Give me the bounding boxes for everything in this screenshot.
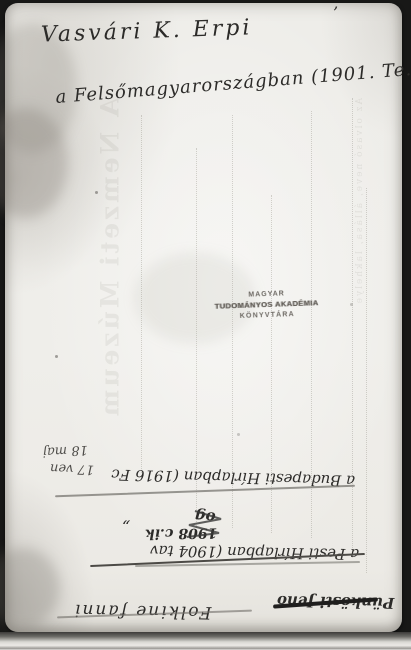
bleedthrough-right-text: Az olvasó neve, állása, lakhelye xyxy=(355,98,365,388)
bleedthrough-dotted-line xyxy=(141,115,142,473)
scan-bottom-edge xyxy=(0,632,411,650)
inverted-date-note-line1: 18 maj xyxy=(43,442,89,459)
inverted-quote-mark: „ xyxy=(122,518,130,537)
pen-scribble xyxy=(185,503,225,543)
ink-speck xyxy=(55,355,58,358)
handwritten-author-line: Vasvári K. Erpi xyxy=(41,15,253,47)
strikethrough-line xyxy=(55,485,355,497)
scanned-card-verso: A Nemzeti Múzeum Az olvasó neve, állása,… xyxy=(0,0,411,650)
ink-speck xyxy=(237,433,240,436)
bleedthrough-left-text: A Nemzeti Múzeum xyxy=(96,98,125,438)
stain-bottom-left xyxy=(0,548,60,628)
library-stamp: MAGYAR TUDOMÁNYOS AKADÉMIA KÖNYVTÁRA xyxy=(208,288,325,323)
corner-tick-mark: ’ xyxy=(333,3,338,22)
paper-card: A Nemzeti Múzeum Az olvasó neve, állása,… xyxy=(5,3,402,632)
bleedthrough-dotted-line xyxy=(366,188,367,573)
